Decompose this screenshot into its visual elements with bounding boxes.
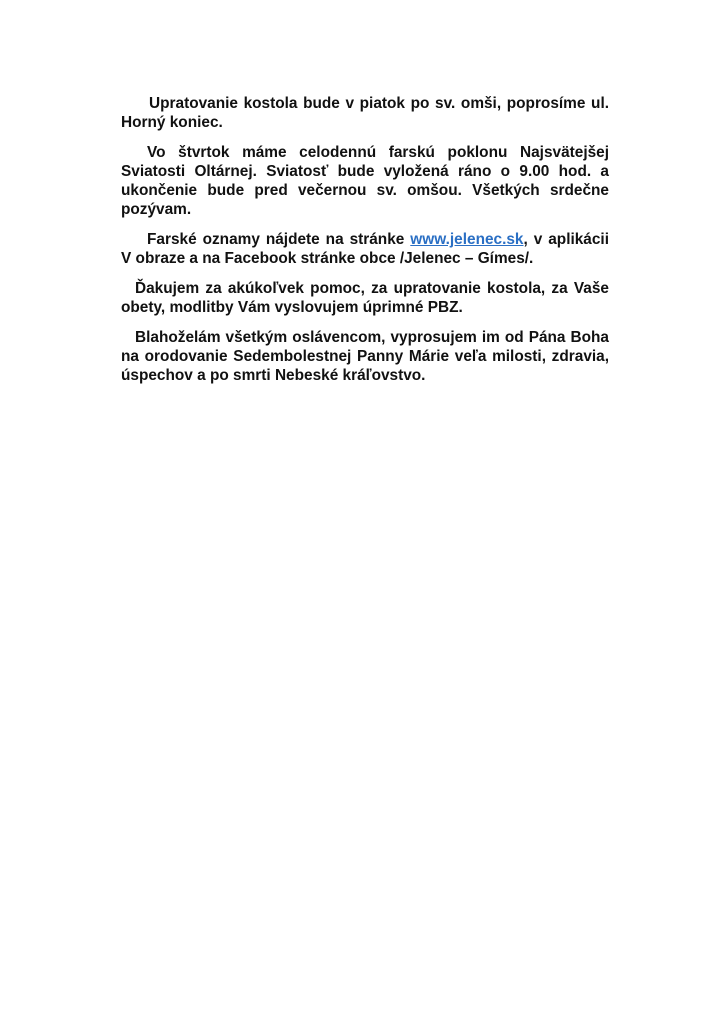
paragraph-thanks: Ďakujem za akúkoľvek pomoc, za upratovan… <box>121 279 609 317</box>
website-link[interactable]: www.jelenec.sk <box>410 231 523 248</box>
paragraph-adoration: Vo štvrtok máme celodennú farskú poklonu… <box>121 143 609 219</box>
document-body: Upratovanie kostola bude v piatok po sv.… <box>121 94 609 396</box>
paragraph-church-cleaning: Upratovanie kostola bude v piatok po sv.… <box>121 94 609 132</box>
announcements-text-before-link: Farské oznamy nájdete na stránke <box>147 231 410 248</box>
paragraph-announcements-location: Farské oznamy nájdete na stránke www.jel… <box>121 230 609 268</box>
paragraph-congratulations: Blahoželám všetkým oslávencom, vyprosuje… <box>121 328 609 385</box>
document-page: Upratovanie kostola bude v piatok po sv.… <box>0 0 724 1024</box>
